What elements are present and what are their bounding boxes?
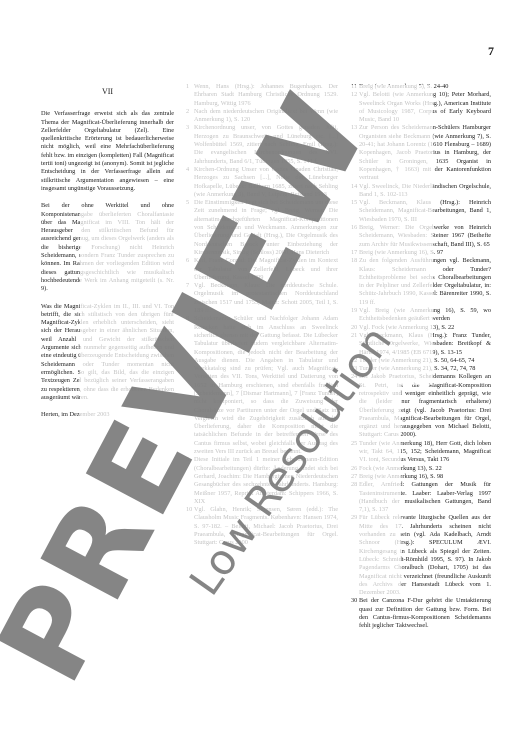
footnote-text: Vgl. Glahn, Henrik; Sørensen, Søren (edd… (194, 506, 338, 547)
footnote: 30Bei der Canzona F-Dur gehört die Umtak… (351, 597, 491, 630)
body-column: VII Die Verfasserfrage erweist sich als … (41, 118, 174, 428)
body-paragraph: Was die Magnificat-Zyklen im II., III. u… (41, 303, 174, 403)
footnote-text: Diese Initiale im Teil 1 meiner Scheidem… (194, 456, 338, 506)
footnote-number: 30 (351, 597, 359, 630)
footnote-number: 15 (351, 199, 359, 224)
chapter-heading: VII (41, 88, 174, 96)
footnote-number: 17 (351, 249, 359, 257)
footnote-text: Bei der Canzona F-Dur gehört die Umtakti… (359, 597, 491, 630)
footnote-number: 13 (351, 124, 359, 182)
footnote-number: 25 (351, 440, 359, 465)
footnote-text: Vgl. Beckmann, Klaus: Die norddeutsche S… (194, 282, 338, 315)
footnote-number: 10 (186, 506, 194, 547)
footnote-number: 2 (186, 108, 194, 125)
footnote-text: Scheidemanns Schüler und Nachfolger Joha… (194, 315, 338, 456)
footnote: 23Tunder (wie Anmerkung 21), S. 34, 72, … (351, 365, 491, 373)
footnote-number: 7 (186, 282, 194, 315)
footnote: 21Vgl. Beckmann, Klaus (Hrsg.): Franz Tu… (351, 332, 491, 357)
footnote: 6Karl, Franz Conrad: Die Magnificat-Zykl… (186, 257, 338, 282)
footnote-number: 12 (351, 91, 359, 124)
footnote-text: Zu den folgenden Ausführungen vgl. Beckm… (359, 257, 491, 307)
footnote: 10Vgl. Glahn, Henrik; Sørensen, Søren (e… (186, 506, 338, 547)
footnote-text: Vgl. Breig (wie Anmerkung 16), S. 59, wo… (359, 307, 491, 324)
footnote-number: 23 (351, 365, 359, 373)
footnote-number: 11 (351, 83, 359, 91)
footnote-text: Breig (wie Anmerkung 5), S. 24-40 (359, 83, 491, 91)
footnote: 27Breig (wie Anmerkung 16), S. 98 (351, 473, 491, 481)
footnote: 14Vgl. Sweelinck, Die Niederländischen O… (351, 183, 491, 200)
footnote: 18Zu den folgenden Ausführungen vgl. Bec… (351, 257, 491, 307)
footnote-number: 18 (351, 257, 359, 307)
page-number: 7 (488, 44, 494, 59)
footnote-text: Breig (wie Anmerkung 16), S. 98 (359, 473, 491, 481)
body-paragraph: Bei der ohne Werktitel und ohne Komponis… (41, 202, 174, 293)
footnote: 13Zur Person des Scheidemann-Schülers Ha… (351, 124, 491, 182)
footnote-text: Breig (wie Anmerkung 16), S. 97 (359, 249, 491, 257)
footnote-number: 8 (186, 315, 194, 456)
footnote: 20Vgl. Fock (wie Anmerkung 13), S. 22 (351, 324, 491, 332)
footnote: 26Fock (wie Anmerkung 13), S. 22 (351, 465, 491, 473)
footnotes-right: 11Breig (wie Anmerkung 5), S. 24-4012Vgl… (351, 83, 491, 631)
footnote-text: Tunder (wie Anmerkung 18), Herr Gott, di… (359, 440, 491, 465)
footnote: 5Die Einstimmigkeit liegt sich bei Schei… (186, 199, 338, 257)
footnote-number: 6 (186, 257, 194, 282)
footnote-number: 19 (351, 307, 359, 324)
footnote: 15Vgl. Beckmann, Klaus (Hrsg.): Heinrich… (351, 199, 491, 224)
footnote-text: Tunder (wie Anmerkung 21), S. 34, 72, 74… (359, 365, 491, 373)
footnote: 8Scheidemanns Schüler und Nachfolger Joh… (186, 315, 338, 456)
footnote-text: Für Lübeck relevante liturgische Quellen… (359, 514, 491, 597)
footnote-text: Kirchen-Ordnung Unser von Gottes Gnaden … (194, 166, 338, 199)
footnote-text: Breig, Werner: Die Orgelwerke von Heinri… (359, 224, 491, 249)
footnote: 3Kirchenordnung unser, von Gottes genade… (186, 124, 338, 165)
footnote-text: Vgl. Beckmann, Klaus (Hrsg.): Franz Tund… (359, 332, 491, 357)
footnote-text: Vgl. Fock (wie Anmerkung 13), S. 22 (359, 324, 491, 332)
footnote-text: Vgl. Beckmann, Klaus (Hrsg.): Heinrich S… (359, 199, 491, 224)
footnote-number: 24 (351, 373, 359, 439)
footnote: 28Edler, Arnfried: Gattungen der Musik f… (351, 481, 491, 514)
footnote: 4Kirchen-Ordnung Unser von Gottes Gnaden… (186, 166, 338, 199)
footnote-number: 26 (351, 465, 359, 473)
footnote: 9Diese Initiale im Teil 1 meiner Scheide… (186, 456, 338, 506)
footnote-text: Zur Person des Scheidemann-Schülers Hamb… (359, 124, 491, 182)
footnote-text: Karl, Franz Conrad: Die Magnificat-Zykle… (194, 257, 338, 282)
footnote-number: 21 (351, 332, 359, 357)
footnote: 22Tunder (wie Anmerkung 21), S. 50, 64-6… (351, 357, 491, 365)
footnote: 19Vgl. Breig (wie Anmerkung 16), S. 59, … (351, 307, 491, 324)
footnote-number: 20 (351, 324, 359, 332)
footnote-text: Nach dem niederdeutschen Originaltext be… (194, 108, 338, 125)
footnote-number: 22 (351, 357, 359, 365)
footnote: 7Vgl. Beckmann, Klaus: Die norddeutsche … (186, 282, 338, 315)
footnote-number: 29 (351, 514, 359, 597)
footnote-text: Tunder (wie Anmerkung 21), S. 50, 64-65,… (359, 357, 491, 365)
footnote-text: Wenn, Hans (Hrsg.): Johannes Bugenhagen.… (194, 83, 338, 108)
footnote-number: 9 (186, 456, 194, 506)
footnote: 29Für Lübeck relevante liturgische Quell… (351, 514, 491, 597)
footnote-number: 27 (351, 473, 359, 481)
footnote-number: 16 (351, 224, 359, 249)
footnote-number: 28 (351, 481, 359, 514)
footnote-text: Vgl. Belotti (wie Anmerkung 10); Peter M… (359, 91, 491, 124)
footnote-number: 1 (186, 83, 194, 108)
footnotes-middle: 1Wenn, Hans (Hrsg.): Johannes Bugenhagen… (186, 83, 338, 548)
footnote-number: 3 (186, 124, 194, 165)
footnote-text: Die Einstimmigkeit liegt sich bei Scheid… (194, 199, 338, 257)
footnote: 2Nach dem niederdeutschen Originaltext b… (186, 108, 338, 125)
signature: Herten, im Dezember 2003 (41, 411, 174, 419)
footnote: 17Breig (wie Anmerkung 16), S. 97 (351, 249, 491, 257)
footnote: 24Bei Jakob Praetorius, Scheidemanns Kol… (351, 373, 491, 439)
footnote-number: 5 (186, 199, 194, 257)
footnote-text: Fock (wie Anmerkung 13), S. 22 (359, 465, 491, 473)
footnote: 12Vgl. Belotti (wie Anmerkung 10); Peter… (351, 91, 491, 124)
body-paragraph: Die Verfasserfrage erweist sich als das … (41, 110, 174, 193)
footnote-number: 14 (351, 183, 359, 200)
footnote-text: Kirchenordnung unser, von Gottes genaden… (194, 124, 338, 165)
footnote-text: Vgl. Sweelinck, Die Niederländischen Org… (359, 183, 491, 200)
footnote: 25Tunder (wie Anmerkung 18), Herr Gott, … (351, 440, 491, 465)
footnote: 11Breig (wie Anmerkung 5), S. 24-40 (351, 83, 491, 91)
footnote-number: 4 (186, 166, 194, 199)
footnote: 1Wenn, Hans (Hrsg.): Johannes Bugenhagen… (186, 83, 338, 108)
footnote-text: Edler, Arnfried: Gattungen der Musik für… (359, 481, 491, 514)
footnote-text: Bei Jakob Praetorius, Scheidemanns Kolle… (359, 373, 491, 439)
footnote: 16Breig, Werner: Die Orgelwerke von Hein… (351, 224, 491, 249)
